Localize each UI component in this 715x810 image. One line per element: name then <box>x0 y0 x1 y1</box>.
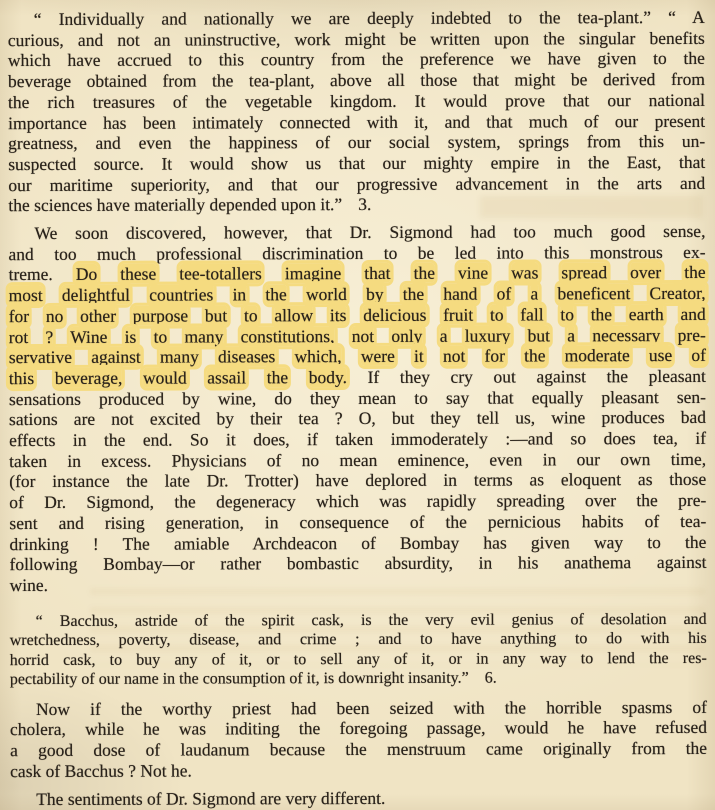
text-line: cholera, while he was inditing the foreg… <box>10 717 707 740</box>
highlighted-word: moderate <box>565 345 630 365</box>
text-segment: “ Bacchus, astride of the spirit cask, i… <box>36 611 707 630</box>
text-segment: sations are not excited by their tea ? O… <box>9 407 706 429</box>
highlighted-word: the <box>267 367 288 387</box>
text-segment: beverage obtained from the tea-plant, ab… <box>8 69 705 91</box>
highlighted-word: for <box>9 306 29 326</box>
text-line: Now if the worthy priest had been seized… <box>10 697 707 720</box>
highlighted-word: that <box>364 263 390 283</box>
highlighted-word: is <box>125 326 137 346</box>
highlighted-word: against <box>91 347 141 367</box>
text-line: which have accrued to this country from … <box>8 48 705 71</box>
text-line: sent and rising generation, in consequen… <box>9 511 706 534</box>
highlighted-word: to <box>560 304 574 324</box>
reference-number: 6. <box>485 670 497 687</box>
text-line: the sciences have materially depended up… <box>8 193 705 216</box>
text-segment: the sciences have materially depended up… <box>8 194 342 215</box>
highlighted-word: its <box>330 305 347 325</box>
text-line: horrid cask, to buy any of it, or to sel… <box>10 649 707 671</box>
text-segment: sensations produced by wine, do they mea… <box>9 387 706 409</box>
highlighted-word: it <box>414 346 424 366</box>
text-line: importance has been intimately connected… <box>8 110 705 133</box>
text-line: The sentiments of Dr. Sigmond are very d… <box>10 786 707 809</box>
text-line: beverage obtained from the tea-plant, ab… <box>8 69 705 92</box>
highlighted-word: to <box>154 326 168 346</box>
text-line: following Bombay—or rather bombastic abs… <box>9 552 706 575</box>
text-segment: following Bombay—or rather bombastic abs… <box>9 552 706 574</box>
text-line: pectability of our name in the consumpti… <box>10 668 707 690</box>
text-line: rot ? Wine is to many constitutions, not… <box>9 324 706 347</box>
highlighted-word: purpose <box>133 305 188 325</box>
highlighted-word: Creator, <box>649 283 705 303</box>
highlighted-text: rot ? Wine is to many constitutions, not… <box>9 324 706 346</box>
text-segment: sent and rising generation, in consequen… <box>9 511 706 533</box>
text-segment: suspected source. It would show us that … <box>8 152 705 174</box>
highlighted-word: was <box>511 263 538 283</box>
highlighted-word: the <box>524 346 545 366</box>
highlighted-word: not <box>352 325 374 345</box>
text-segment: taken in excess. Physicians of no mean e… <box>9 449 706 471</box>
page-text: “ Individually and nationally we are dee… <box>8 7 708 809</box>
reference-number: 3. <box>358 194 371 214</box>
text-line: We soon discovered, however, that Dr. Si… <box>8 221 705 244</box>
highlighted-word: countries <box>149 285 213 305</box>
highlighted-word: other <box>80 306 116 326</box>
highlighted-word: over <box>630 262 661 282</box>
text-line: our maritime superiority, and that our p… <box>8 173 705 196</box>
text-line: wine. <box>10 573 707 596</box>
text-segment: We soon discovered, however, that Dr. Si… <box>34 221 705 243</box>
paragraph-tea-indebtedness: “ Individually and nationally we are dee… <box>8 7 706 216</box>
scanned-book-page: “ Individually and nationally we are dee… <box>0 0 715 810</box>
highlighted-word: the <box>265 284 286 304</box>
highlighted-word: diseases <box>218 347 275 367</box>
highlighted-word: fall <box>520 304 543 324</box>
text-line: “ Bacchus, astride of the spirit cask, i… <box>10 610 707 632</box>
highlighted-word: a <box>440 325 448 345</box>
text-segment: drinking ! The amiable Archdeacon of Bom… <box>9 531 706 553</box>
highlighted-word: many <box>184 326 223 346</box>
highlighted-word: of <box>497 284 512 304</box>
highlighted-word: hand <box>443 284 477 304</box>
paragraph-sigmond-response: We soon discovered, however, that Dr. Si… <box>8 221 706 596</box>
highlighted-text: this beverage, would assail the body. <box>9 367 347 388</box>
text-segment: horrid cask, to buy any of it, or to sel… <box>10 650 707 669</box>
paragraph-bacchus-quote: “ Bacchus, astride of the spirit cask, i… <box>10 610 707 690</box>
highlighted-word: earth <box>629 304 664 324</box>
highlighted-word: luxury <box>465 325 511 345</box>
highlighted-word: use <box>649 345 672 365</box>
text-line: “ Individually and nationally we are dee… <box>8 7 705 30</box>
highlighted-word: constitutions, <box>241 326 335 346</box>
highlighted-word: spread <box>561 263 607 283</box>
highlighted-word: for <box>484 346 504 366</box>
text-segment: and too much professional discrimination… <box>8 242 705 264</box>
highlighted-word: Wine <box>70 326 107 346</box>
highlighted-word: many <box>160 347 199 367</box>
text-line: drinking ! The amiable Archdeacon of Bom… <box>9 531 706 554</box>
highlighted-word: no <box>46 306 64 326</box>
text-segment: (for instance the late Dr. Trotter) have… <box>9 469 706 491</box>
highlighted-word: delicious <box>363 305 426 325</box>
text-line: servative against many diseases which, w… <box>9 345 706 368</box>
highlighted-word: a <box>567 325 575 345</box>
highlighted-text: for no other purpose but to allow its de… <box>9 304 706 326</box>
highlighted-text: most delightful countries in the world b… <box>9 283 706 305</box>
highlighted-word: beneficent <box>557 283 630 303</box>
highlighted-word: imagine <box>285 263 341 283</box>
text-line: treme. Do these tee-totallers imagine th… <box>9 262 706 285</box>
highlighted-word: rot <box>9 327 29 347</box>
text-segment: cholera, while he was inditing the foreg… <box>10 717 707 739</box>
text-segment: If they cry out against the pleasant <box>347 366 706 387</box>
highlighted-word: pre- <box>678 324 706 344</box>
highlighted-word: necessary <box>592 325 660 345</box>
text-segment: Now if the worthy priest had been seized… <box>36 697 707 719</box>
text-line: sations are not excited by their tea ? O… <box>9 407 706 430</box>
highlighted-word: body. <box>309 367 347 387</box>
paragraph-sigmond-sentiments: The sentiments of Dr. Sigmond are very d… <box>10 786 707 809</box>
highlighted-word: to <box>244 305 258 325</box>
highlighted-word: which, <box>294 346 341 366</box>
text-line: for no other purpose but to allow its de… <box>9 304 706 327</box>
text-segment: which have accrued to this country from … <box>8 48 705 70</box>
text-segment: curious, and not an uninstructive, work … <box>8 28 705 50</box>
highlighted-word: to <box>490 304 504 324</box>
highlighted-word: only <box>391 325 422 345</box>
text-line: wretchedness, poverty, disease, and crim… <box>10 629 707 651</box>
text-line: taken in excess. Physicians of no mean e… <box>9 449 706 472</box>
highlighted-word: the <box>591 304 612 324</box>
highlighted-word: tee-totallers <box>179 264 262 284</box>
highlighted-word: world <box>306 284 347 304</box>
highlighted-word: allow <box>274 305 313 325</box>
text-segment: of Dr. Sigmond, the degeneracy which was… <box>9 490 706 512</box>
highlighted-word: the <box>403 284 424 304</box>
highlighted-word: servative <box>9 347 72 367</box>
highlighted-word: this <box>9 368 34 388</box>
text-segment: treme. <box>9 264 76 284</box>
highlighted-word: most <box>9 285 43 305</box>
text-segment: greatness, and even the happiness of our… <box>8 131 705 153</box>
text-segment: “ Individually and nationally we are dee… <box>34 7 705 29</box>
highlighted-word: delightful <box>62 285 130 305</box>
highlighted-word: were <box>361 346 395 366</box>
highlighted-word: of <box>691 345 706 365</box>
text-line: effects in the end. So it does, if taken… <box>9 428 706 451</box>
text-line: most delightful countries in the world b… <box>9 283 706 306</box>
text-segment: a good dose of laudanum because the mens… <box>10 738 707 760</box>
highlighted-word: in <box>233 284 247 304</box>
highlighted-word: the <box>414 263 435 283</box>
highlighted-word: these <box>120 264 156 284</box>
text-line: this beverage, would assail the body. If… <box>9 366 706 389</box>
text-segment: The sentiments of Dr. Sigmond are very d… <box>36 787 385 808</box>
text-segment: effects in the end. So it does, if taken… <box>9 428 706 450</box>
text-segment: importance has been intimately connected… <box>8 110 705 132</box>
highlighted-word: and <box>680 304 705 324</box>
text-segment: wine. <box>10 575 48 595</box>
text-line: a good dose of laudanum because the mens… <box>10 738 707 761</box>
text-line: sensations produced by wine, do they mea… <box>9 387 706 410</box>
highlighted-word: would <box>143 367 187 387</box>
text-segment: cask of Bacchus ? Not he. <box>10 760 192 781</box>
highlighted-word: Do <box>76 264 97 284</box>
text-segment: the rich treasures of the vegetable king… <box>8 90 705 112</box>
highlighted-text: servative against many diseases which, w… <box>9 345 706 367</box>
highlighted-word: a <box>530 284 538 304</box>
text-line: the rich treasures of the vegetable king… <box>8 90 705 113</box>
paragraph-worthy-priest: Now if the worthy priest had been seized… <box>10 697 707 782</box>
highlighted-word: vine <box>458 263 488 283</box>
highlighted-text: Do these tee-totallers imagine that the … <box>76 262 706 284</box>
highlighted-word: beverage, <box>55 368 123 388</box>
highlighted-word: assail <box>207 367 246 387</box>
highlighted-word: but <box>528 325 550 345</box>
highlighted-word: by <box>366 284 384 304</box>
text-segment: wretchedness, poverty, disease, and crim… <box>10 630 707 649</box>
highlighted-word: but <box>205 305 227 325</box>
text-line: of Dr. Sigmond, the degeneracy which was… <box>9 490 706 513</box>
text-line: curious, and not an uninstructive, work … <box>8 28 705 51</box>
text-segment: our maritime superiority, and that our p… <box>8 173 705 195</box>
highlighted-word: the <box>684 262 705 282</box>
highlighted-word: ? <box>45 327 53 347</box>
text-line: greatness, and even the happiness of our… <box>8 131 705 154</box>
text-line: and too much professional discrimination… <box>8 242 705 265</box>
highlighted-word: fruit <box>443 304 473 324</box>
highlighted-word: not <box>443 346 465 366</box>
text-line: suspected source. It would show us that … <box>8 152 705 175</box>
text-segment: pectability of our name in the consumpti… <box>10 670 469 688</box>
text-line: cask of Bacchus ? Not he. <box>10 759 707 782</box>
text-line: (for instance the late Dr. Trotter) have… <box>9 469 706 492</box>
